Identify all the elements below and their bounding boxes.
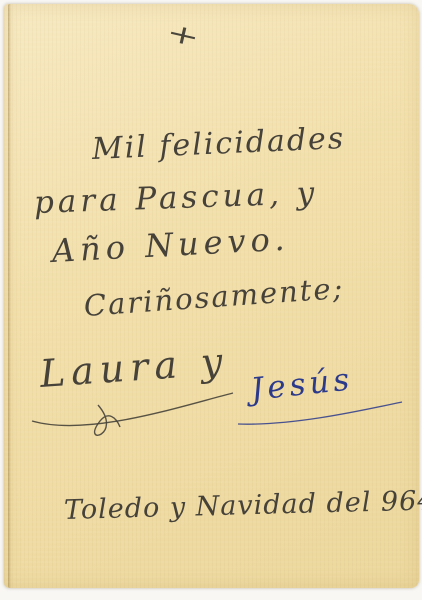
handwritten-cross-mark: + [164, 18, 202, 53]
dateline: Toledo y Navidad del 964 [64, 486, 422, 525]
card-fold-edge [8, 4, 12, 588]
greeting-card: + Mil felicidades para Pascua, y Año Nue… [4, 4, 419, 588]
signature-jesus: Jesús [249, 362, 355, 407]
line-ano-nuevo: Año Nuevo. [51, 222, 290, 270]
scan-background: + Mil felicidades para Pascua, y Año Nue… [0, 0, 422, 600]
line-mil-felicidades: Mil felicidades [91, 122, 346, 166]
signature-laura: Laura y [39, 341, 230, 396]
line-para-pascua: para Pascua, y [33, 176, 318, 220]
signature-flourish [28, 387, 238, 449]
line-carinosamente: Cariñosamente; [83, 273, 345, 323]
